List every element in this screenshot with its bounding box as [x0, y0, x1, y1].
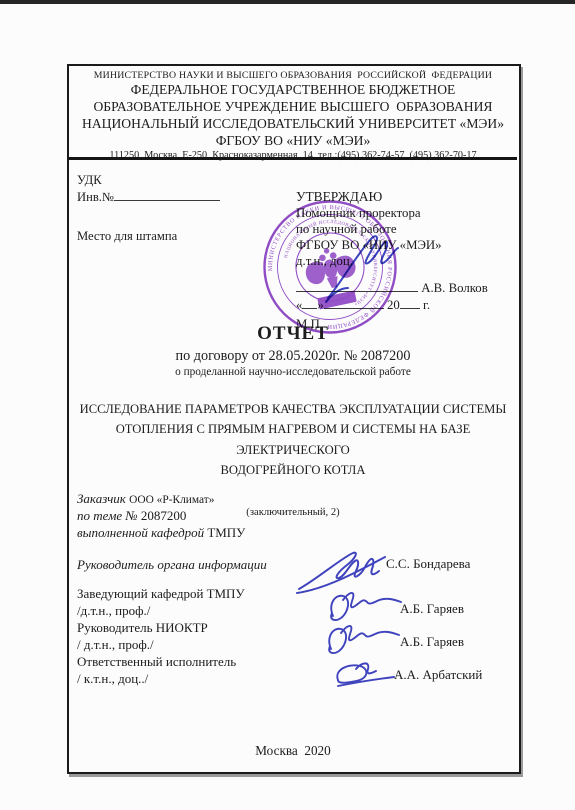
report-title-block: ОТЧЕТ по договору от 28.05.2020г. № 2087… [69, 322, 517, 518]
theme-number-value: 2087200 [141, 508, 187, 523]
ministry-line: МИНИСТЕРСТВО НАУКИ И ВЫСШЕГО ОБРАЗОВАНИЯ… [69, 70, 517, 81]
scan-top-edge [0, 0, 575, 4]
theme-number-label: по теме № [77, 508, 138, 523]
theme-line: ОТОПЛЕНИЯ С ПРЯМЫМ НАГРЕВОМ И СИСТЕМЫ НА… [69, 419, 517, 460]
city-year-line: Москва 2020 [69, 743, 517, 759]
udk-label: УДК [77, 173, 102, 188]
org-name-line: ОБРАЗОВАТЕЛЬНОЕ УЧРЕЖДЕНИЕ ВЫСШЕГО ОБРАЗ… [69, 98, 517, 115]
department-value: ТМПУ [207, 525, 245, 540]
customer-line: Заказчик ООО «Р-Климат» [77, 491, 214, 509]
report-descriptor: о проделанной научно-исследовательской р… [69, 365, 517, 379]
inventory-number-blank [114, 189, 220, 201]
department-label: выполненной кафедрой [77, 525, 204, 540]
contract-line: по договору от 28.05.2020г. № 2087200 [69, 347, 517, 365]
signatory-role: Заведующий кафедрой ТМПУ [77, 586, 245, 603]
org-name-line: НАЦИОНАЛЬНЫЙ ИССЛЕДОВАТЕЛЬСКИЙ УНИВЕРСИТ… [69, 115, 517, 132]
letterhead-divider [69, 157, 517, 160]
inventory-number-line: Инв.№ [77, 189, 220, 205]
department-line: выполненной кафедрой ТМПУ [77, 525, 245, 542]
letterhead: МИНИСТЕРСТВО НАУКИ И ВЫСШЕГО ОБРАЗОВАНИЯ… [69, 70, 517, 161]
signatory-name: С.С. Бондарева [386, 556, 470, 572]
report-theme-title: ИССЛЕДОВАНИЕ ПАРАМЕТРОВ КАЧЕСТВА ЭКСПЛУА… [69, 399, 517, 481]
stamp-placeholder-note: Место для штампа [77, 229, 177, 244]
report-heading: ОТЧЕТ [69, 322, 517, 345]
date-year-suffix: г. [423, 298, 430, 312]
signatory-degree: / к.т.н., доц../ [77, 671, 148, 688]
signatory-degree: / д.т.н., проф./ [77, 637, 154, 654]
theme-line: ВОДОГРЕЙНОГО КОТЛА [69, 460, 517, 480]
customer-value: ООО «Р-Климат» [129, 494, 214, 506]
signatory-degree: /д.т.н., проф./ [77, 603, 150, 620]
customer-label: Заказчик [77, 491, 126, 506]
inventory-number-label: Инв.№ [77, 190, 114, 204]
approver-name: А.В. Волков [421, 281, 488, 295]
org-name-line: ФЕДЕРАЛЬНОЕ ГОСУДАРСТВЕННОЕ БЮДЖЕТНОЕ [69, 81, 517, 98]
signatory-role: Ответственный исполнитель [77, 654, 236, 671]
signatory-name: А.А. Арбатский [394, 667, 482, 683]
theme-number-line: по теме № 2087200 [77, 508, 186, 525]
org-name-line: ФГБОУ ВО «НИУ «МЭИ» [69, 132, 517, 149]
signature-garyaev-2 [323, 621, 403, 661]
approver-signature [322, 222, 404, 307]
signatory-name: А.Б. Гаряев [400, 601, 464, 617]
signatory-name: А.Б. Гаряев [400, 634, 464, 650]
signature-arbatsky [330, 658, 400, 693]
signatory-role: Руководитель НИОКТР [77, 620, 208, 637]
signatory-role: Руководитель органа информации [77, 557, 267, 574]
theme-line: ИССЛЕДОВАНИЕ ПАРАМЕТРОВ КАЧЕСТВА ЭКСПЛУА… [69, 399, 517, 419]
